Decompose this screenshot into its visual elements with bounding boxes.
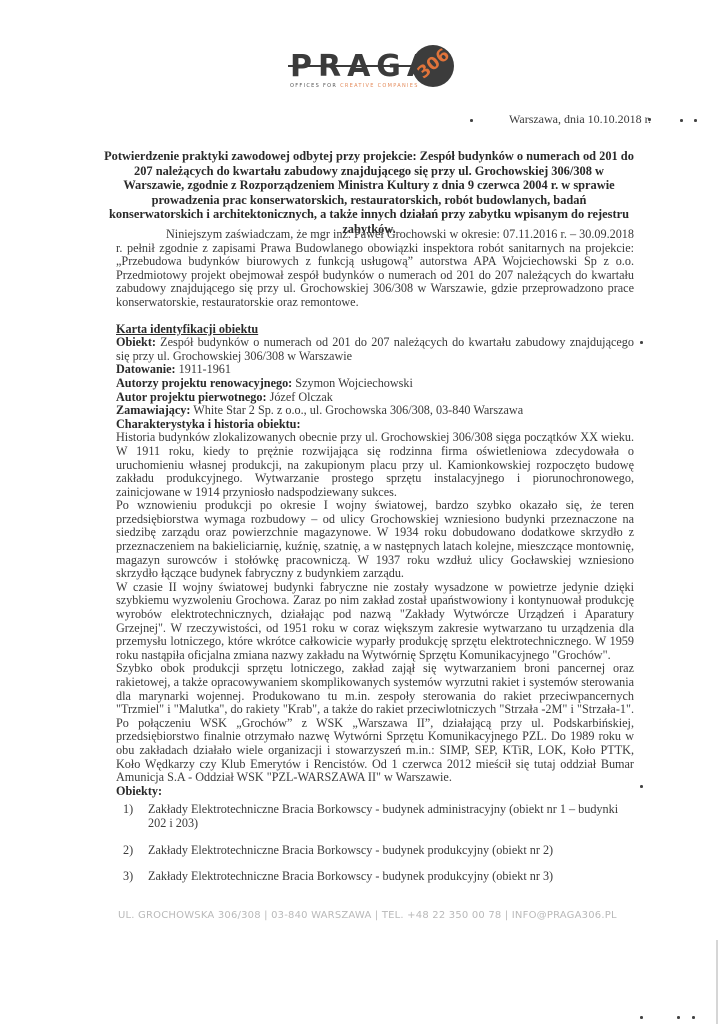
objects-label: Obiekty:	[116, 785, 634, 799]
scan-speck	[680, 119, 683, 122]
history-paragraph: W czasie II wojny światowej budynki fabr…	[116, 581, 634, 663]
history-paragraph: Po wznowieniu produkcji po okresie I woj…	[116, 499, 634, 581]
intro-paragraph: Niniejszym zaświadczam, że mgr inż. Pawe…	[116, 228, 634, 310]
list-item: 2)Zakłady Elektrotechniczne Bracia Borko…	[116, 844, 634, 858]
list-text: Zakłady Elektrotechniczne Bracia Borkows…	[148, 802, 618, 830]
scan-speck	[640, 341, 643, 344]
history-label: Charakterystyka i historia obiektu:	[116, 418, 634, 432]
scan-speck	[694, 119, 697, 122]
field-dating: Datowanie: 1911-1961	[116, 363, 634, 377]
scan-speck	[677, 1016, 680, 1019]
document-title: Potwierdzenie praktyki zawodowej odbytej…	[104, 149, 634, 237]
field-label: Zamawiający:	[116, 403, 190, 417]
scan-speck	[692, 1016, 695, 1019]
tagline-prefix: OFFICES FOR	[290, 83, 340, 89]
history-paragraph: Historia budynków zlokalizowanych obecni…	[116, 431, 634, 499]
company-logo: PRAGA 306 OFFICES FOR CREATIVE COMPANIES	[288, 45, 468, 95]
logo-circle-badge: 306	[412, 45, 454, 87]
tagline-accent: CREATIVE COMPANIES	[340, 83, 419, 89]
logo-number: 306	[414, 45, 454, 83]
field-original-author: Autor projektu pierwotnego: Józef Olczak	[116, 391, 634, 405]
field-value: Zespół budynków o numerach od 201 do 207…	[116, 335, 634, 363]
objects-list: 1)Zakłady Elektrotechniczne Bracia Borko…	[116, 803, 634, 883]
field-value: Józef Olczak	[267, 390, 333, 404]
scan-speck	[640, 785, 643, 788]
list-text: Zakłady Elektrotechniczne Bracia Borkows…	[148, 869, 553, 883]
list-item: 1)Zakłady Elektrotechniczne Bracia Borko…	[116, 803, 634, 830]
list-text: Zakłady Elektrotechniczne Bracia Borkows…	[148, 843, 553, 857]
document-date: Warszawa, dnia 10.10.2018 r.	[509, 112, 651, 127]
list-number: 3)	[123, 870, 133, 884]
page-edge	[716, 940, 718, 1024]
list-item: 3)Zakłady Elektrotechniczne Bracia Borko…	[116, 870, 634, 884]
document-body: Niniejszym zaświadczam, że mgr inż. Pawe…	[116, 228, 634, 897]
field-value: Szymon Wojciechowski	[292, 376, 413, 390]
field-label: Autorzy projektu renowacyjnego:	[116, 376, 292, 390]
field-renovation-authors: Autorzy projektu renowacyjnego: Szymon W…	[116, 377, 634, 391]
field-client: Zamawiający: White Star 2 Sp. z o.o., ul…	[116, 404, 634, 418]
field-label: Autor projektu pierwotnego:	[116, 390, 267, 404]
section-heading-card: Karta identyfikacji obiektu	[116, 323, 634, 337]
field-object: Obiekt: Zespół budynków o numerach od 20…	[116, 336, 634, 363]
logo-tagline: OFFICES FOR CREATIVE COMPANIES	[290, 83, 419, 89]
footer-contact: UL. GROCHOWSKA 306/308 | 03-840 WARSZAWA…	[118, 910, 618, 921]
list-number: 2)	[123, 844, 133, 858]
field-value: 1911-1961	[176, 362, 231, 376]
field-value: White Star 2 Sp. z o.o., ul. Grochowska …	[190, 403, 523, 417]
scan-speck	[470, 119, 473, 122]
scan-speck	[640, 1016, 643, 1019]
history-paragraph: Szybko obok produkcji sprzętu lotniczego…	[116, 662, 634, 784]
field-label: Obiekt:	[116, 335, 156, 349]
list-number: 1)	[123, 803, 133, 817]
field-label: Datowanie:	[116, 362, 176, 376]
